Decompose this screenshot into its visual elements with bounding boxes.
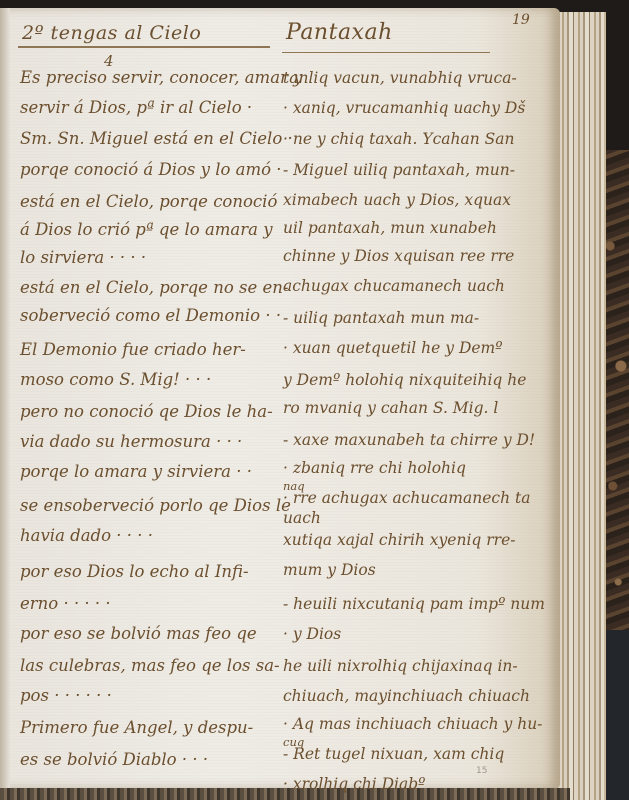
manuscript-line: mum y Dios (283, 560, 376, 580)
binding-gutter (0, 8, 10, 788)
manuscript-line: - xaxe maxunabeh ta chirre y D! (283, 430, 535, 450)
left-header: 2º tengas al Cielo (22, 22, 201, 44)
manuscript-line: chiuach, mayinchiuach chiuach (283, 686, 530, 706)
manuscript-line: moso como S. Mig! · · · (20, 370, 211, 390)
manuscript-line: por eso se bolvió mas feo qe (20, 624, 257, 644)
manuscript-line: está en el Cielo, porqe no se en- (20, 278, 288, 298)
manuscript-line: está en el Cielo, porqe conoció (20, 192, 277, 212)
folio-number: 19 (512, 12, 530, 28)
manuscript-line: via dado su hermosura · · · (20, 432, 242, 452)
manuscript-line: · ne y chiq taxah. Ycahan San (283, 129, 515, 149)
header-rule-right (282, 52, 490, 53)
manuscript-line: - Ret tugel nixuan, xam chiq (283, 744, 504, 764)
manuscript-line: · xaniq, vrucamanhiq uachy Dš (283, 98, 525, 118)
manuscript-line: es se bolvió Diablo · · · (20, 750, 208, 770)
manuscript-line: ximabech uach y Dios, xquax (283, 190, 511, 210)
manuscript-line: havia dado · · · · (20, 526, 153, 546)
manuscript-line: · Aq mas inchiuach chiuach y hu- (283, 714, 542, 734)
manuscript-line: Sm. Sn. Miguel está en el Cielo · (20, 129, 293, 149)
manuscript-line: pos · · · · · · (20, 686, 112, 706)
manuscript-line: por eso Dios lo echo al Infi- (20, 562, 249, 582)
manuscript-line: uach (283, 508, 321, 528)
manuscript-line: y Demº holohiq nixquiteihiq he (283, 370, 526, 390)
manuscript-line: · xuan quetquetil he y Demº (283, 338, 503, 358)
manuscript-line: El Demonio fue criado her- (20, 340, 246, 360)
cover-board (602, 630, 629, 800)
manuscript-line: lo sirviera · · · · (20, 248, 146, 268)
manuscript-line: servir á Dios, pª ir al Cielo · (20, 98, 252, 118)
manuscript-line: erno · · · · · (20, 594, 111, 614)
manuscript-line: · y Dios (283, 624, 341, 644)
manuscript-line: Es preciso servir, conocer, amar y (20, 68, 303, 88)
manuscript-line: - uiliq pantaxah mun ma- (283, 308, 479, 328)
header-rule-left (18, 46, 270, 48)
manuscript-line: chinne y Dios xquisan ree rre (283, 246, 514, 266)
bottom-mark: 15 (476, 766, 487, 776)
manuscript-line: las culebras, mas feo qe los sa- (20, 656, 280, 676)
right-header: Pantaxah (286, 20, 393, 45)
manuscript-line: uil pantaxah, mun xunabeh (283, 218, 497, 238)
manuscript-line: porqe lo amara y sirviera · · (20, 462, 252, 482)
manuscript-line: achugax chucamanech uach (283, 276, 505, 296)
manuscript-line: ro mvaniq y cahan S. Mig. l (283, 398, 498, 418)
manuscript-line: se ensoberveció porlo qe Dios le (20, 496, 291, 516)
manuscript-line: pero no conoció qe Dios le ha- (20, 402, 273, 422)
manuscript-line: Primero fue Angel, y despu- (20, 718, 253, 738)
manuscript-line: soberveció como el Demonio · · (20, 306, 281, 326)
manuscript-line: he uili nixrolhiq chijaxinaq in- (283, 656, 518, 676)
manuscript-line: - Miguel uiliq pantaxah, mun- (283, 160, 515, 180)
manuscript-line: · rre achugax achucamanech ta (283, 488, 530, 508)
manuscript-line: · zbaniq rre chi holohiq (283, 458, 466, 478)
manuscript-line: xutiqa xajal chirih xyeniq rre- (283, 530, 516, 550)
manuscript-line: tanliq vacun, vunabhiq vruca- (283, 68, 517, 88)
manuscript-line: á Dios lo crió pª qe lo amara y (20, 220, 273, 240)
manuscript-line: - heuili nixcutaniq pam impº num (283, 594, 545, 614)
manuscript-line: · xrolhiq chi Diabº (283, 774, 425, 794)
manuscript-line: porqe conoció á Dios y lo amó · (20, 160, 282, 180)
marbled-cover (602, 150, 629, 630)
